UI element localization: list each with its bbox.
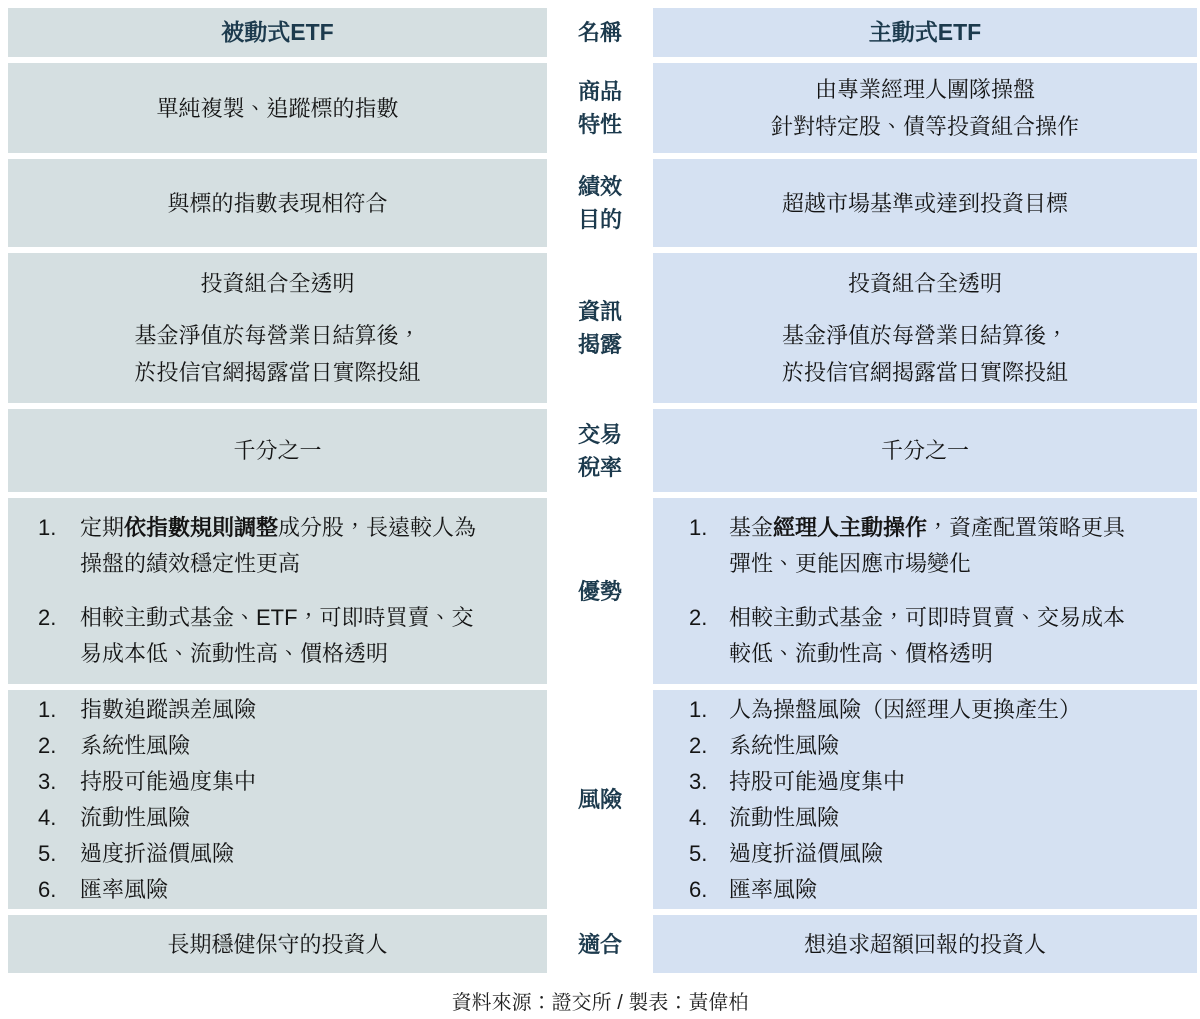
row-label-line: 風險	[578, 783, 622, 816]
cell-risks-passive: 1.指數追蹤誤差風險2.系統性風險3.持股可能過度集中4.流動性風險5.過度折溢…	[8, 690, 547, 909]
cell-text-line: 超越市場基準或達到投資目標	[653, 185, 1197, 222]
cell-suitable-passive: 長期穩健保守的投資人	[8, 915, 547, 973]
cell-product-active: 由專業經理人團隊操盤針對特定股、債等投資組合操作	[653, 63, 1197, 153]
list-item: 5.過度折溢價風險	[653, 836, 1197, 872]
row-label-line: 交易	[578, 418, 622, 451]
table-row-performance: 與標的指數表現相符合績效目的超越市場基準或達到投資目標	[8, 159, 1197, 247]
list-number: 6.	[38, 872, 80, 908]
list-item: 3.持股可能過度集中	[8, 764, 547, 800]
list-number: 5.	[38, 836, 80, 872]
text-segment: 基金淨值於每營業日結算後，	[134, 323, 420, 348]
table-row-advantages: 1.定期依指數規則調整成分股，長遠較人為操盤的績效穩定性更高2.相較主動式基金、…	[8, 498, 1197, 684]
list-item: 2.系統性風險	[8, 728, 547, 764]
list-number: 2.	[38, 728, 80, 764]
cell-text-line: 基金淨值於每營業日結算後，	[653, 317, 1197, 354]
cell-performance-passive: 與標的指數表現相符合	[8, 159, 547, 247]
text-segment: 與標的指數表現相符合	[167, 191, 387, 216]
row-label-line: 稅率	[578, 451, 622, 484]
list-item: 2.相較主動式基金，可即時買賣、交易成本較低、流動性高、價格透明	[653, 600, 1197, 672]
list-item: 1.定期依指數規則調整成分股，長遠較人為操盤的績效穩定性更高	[8, 510, 547, 582]
emphasized-text: 依指數規則調整	[124, 515, 278, 540]
row-label-line: 資訊	[578, 295, 622, 328]
table-row-product: 單純複製、追蹤標的指數商品特性由專業經理人團隊操盤針對特定股、債等投資組合操作	[8, 63, 1197, 153]
cell-name-passive: 被動式ETF	[8, 8, 547, 57]
list-number: 4.	[689, 800, 729, 836]
list-item: 1.人為操盤風險（因經理人更換產生）	[653, 692, 1197, 728]
list-item: 2.系統性風險	[653, 728, 1197, 764]
row-label-line: 目的	[578, 203, 622, 236]
cell-text-line: 千分之一	[8, 432, 547, 469]
text-segment: 千分之一	[881, 438, 969, 463]
text-segment: 投資組合全透明	[200, 271, 354, 296]
text-segment: 相較主動式基金、ETF，可即時買賣、交易成本低、流動性高、價格透明	[80, 605, 474, 666]
text-segment: 流動性風險	[80, 805, 190, 830]
text-segment: 指數追蹤誤差風險	[80, 697, 256, 722]
text-segment: 單純複製、追蹤標的指數	[156, 96, 398, 121]
list-text: 相較主動式基金，可即時買賣、交易成本較低、流動性高、價格透明	[729, 600, 1134, 672]
list-number: 4.	[38, 800, 80, 836]
list-number: 1.	[689, 692, 729, 728]
comparison-table: 被動式ETF名稱主動式ETF單純複製、追蹤標的指數商品特性由專業經理人團隊操盤針…	[0, 0, 1200, 973]
row-label-line: 商品	[578, 75, 622, 108]
text-segment: 由專業經理人團隊操盤	[815, 77, 1035, 102]
list-item: 1.基金經理人主動操作，資產配置策略更具彈性、更能因應市場變化	[653, 510, 1197, 582]
list-text: 過度折溢價風險	[80, 836, 485, 872]
list-item: 6.匯率風險	[653, 872, 1197, 908]
row-label-name: 名稱	[547, 8, 653, 57]
text-segment: 於投信官網揭露當日實際投組	[134, 360, 420, 385]
list-number: 2.	[689, 600, 729, 672]
text-segment: 相較主動式基金，可即時買賣、交易成本較低、流動性高、價格透明	[729, 605, 1125, 666]
text-segment: 匯率風險	[80, 877, 168, 902]
row-label-line: 名稱	[578, 16, 622, 49]
list-text: 流動性風險	[80, 800, 485, 836]
text-segment: 長期穩健保守的投資人	[167, 932, 387, 957]
list-text: 系統性風險	[729, 728, 1134, 764]
list-text: 人為操盤風險（因經理人更換產生）	[729, 692, 1134, 728]
table-row-disclosure: 投資組合全透明基金淨值於每營業日結算後，於投信官網揭露當日實際投組資訊揭露投資組…	[8, 253, 1197, 403]
text-segment: 過度折溢價風險	[80, 841, 234, 866]
row-label-line: 績效	[578, 170, 622, 203]
text-segment: 系統性風險	[729, 733, 839, 758]
paragraph-spacer	[653, 302, 1197, 317]
text-segment: 基金淨值於每營業日結算後，	[782, 323, 1068, 348]
cell-text-line: 於投信官網揭露當日實際投組	[653, 354, 1197, 391]
row-label-disclosure: 資訊揭露	[547, 253, 653, 403]
cell-text-line: 千分之一	[653, 432, 1197, 469]
cell-disclosure-active: 投資組合全透明基金淨值於每營業日結算後，於投信官網揭露當日實際投組	[653, 253, 1197, 403]
list-text: 流動性風險	[729, 800, 1134, 836]
list-text: 指數追蹤誤差風險	[80, 692, 485, 728]
text-segment: 持股可能過度集中	[729, 769, 905, 794]
list-number: 1.	[689, 510, 729, 582]
text-segment: 千分之一	[233, 438, 321, 463]
cell-disclosure-passive: 投資組合全透明基金淨值於每營業日結算後，於投信官網揭露當日實際投組	[8, 253, 547, 403]
cell-advantages-passive: 1.定期依指數規則調整成分股，長遠較人為操盤的績效穩定性更高2.相較主動式基金、…	[8, 498, 547, 684]
row-label-advantages: 優勢	[547, 498, 653, 684]
row-label-tax: 交易稅率	[547, 409, 653, 492]
row-label-risks: 風險	[547, 690, 653, 909]
cell-text-line: 投資組合全透明	[653, 265, 1197, 302]
text-segment: 匯率風險	[729, 877, 817, 902]
cell-product-passive: 單純複製、追蹤標的指數	[8, 63, 547, 153]
text-segment: 超越市場基準或達到投資目標	[782, 191, 1068, 216]
cell-tax-active: 千分之一	[653, 409, 1197, 492]
list-item: 3.持股可能過度集中	[653, 764, 1197, 800]
text-segment: 過度折溢價風險	[729, 841, 883, 866]
list-item: 1.指數追蹤誤差風險	[8, 692, 547, 728]
cell-text-line: 與標的指數表現相符合	[8, 185, 547, 222]
text-segment: 針對特定股、債等投資組合操作	[771, 114, 1079, 139]
paragraph-spacer	[8, 302, 547, 317]
text-segment: 定期	[80, 515, 124, 540]
list-text: 匯率風險	[80, 872, 485, 908]
cell-name-active: 主動式ETF	[653, 8, 1197, 57]
list-number: 2.	[689, 728, 729, 764]
table-row-name: 被動式ETF名稱主動式ETF	[8, 8, 1197, 57]
list-text: 系統性風險	[80, 728, 485, 764]
column-header-text: 被動式ETF	[8, 14, 547, 51]
cell-text-line: 長期穩健保守的投資人	[8, 926, 547, 963]
list-number: 2.	[38, 600, 80, 672]
cell-text-line: 於投信官網揭露當日實際投組	[8, 354, 547, 391]
cell-text-line: 想追求超額回報的投資人	[653, 926, 1197, 963]
list-number: 6.	[689, 872, 729, 908]
list-number: 5.	[689, 836, 729, 872]
cell-text-line: 針對特定股、債等投資組合操作	[653, 108, 1197, 145]
list-text: 過度折溢價風險	[729, 836, 1134, 872]
text-segment: 想追求超額回報的投資人	[804, 932, 1046, 957]
row-label-performance: 績效目的	[547, 159, 653, 247]
text-segment: 流動性風險	[729, 805, 839, 830]
list-number: 3.	[689, 764, 729, 800]
cell-text-line: 單純複製、追蹤標的指數	[8, 90, 547, 127]
text-segment: 系統性風險	[80, 733, 190, 758]
emphasized-text: 經理人主動操作	[773, 515, 927, 540]
list-text: 持股可能過度集中	[80, 764, 485, 800]
list-number: 1.	[38, 692, 80, 728]
list-number: 3.	[38, 764, 80, 800]
list-item: 4.流動性風險	[8, 800, 547, 836]
list-item: 5.過度折溢價風險	[8, 836, 547, 872]
list-item: 2.相較主動式基金、ETF，可即時買賣、交易成本低、流動性高、價格透明	[8, 600, 547, 672]
cell-text-line: 由專業經理人團隊操盤	[653, 71, 1197, 108]
table-row-suitable: 長期穩健保守的投資人適合想追求超額回報的投資人	[8, 915, 1197, 973]
cell-suitable-active: 想追求超額回報的投資人	[653, 915, 1197, 973]
column-header-text: 主動式ETF	[653, 14, 1197, 51]
list-text: 匯率風險	[729, 872, 1134, 908]
text-segment: 投資組合全透明	[848, 271, 1002, 296]
row-label-line: 優勢	[578, 575, 622, 608]
row-label-line: 特性	[578, 108, 622, 141]
source-credit: 資料來源：證交所 / 製表：黃偉柏	[0, 986, 1200, 1015]
text-segment: 持股可能過度集中	[80, 769, 256, 794]
row-label-line: 揭露	[578, 328, 622, 361]
row-label-line: 適合	[578, 928, 622, 961]
cell-text-line: 投資組合全透明	[8, 265, 547, 302]
list-text: 基金經理人主動操作，資產配置策略更具彈性、更能因應市場變化	[729, 510, 1134, 582]
text-segment: 主動式ETF	[869, 19, 981, 45]
row-label-suitable: 適合	[547, 915, 653, 973]
table-row-risks: 1.指數追蹤誤差風險2.系統性風險3.持股可能過度集中4.流動性風險5.過度折溢…	[8, 690, 1197, 909]
text-segment: 於投信官網揭露當日實際投組	[782, 360, 1068, 385]
list-number: 1.	[38, 510, 80, 582]
cell-performance-active: 超越市場基準或達到投資目標	[653, 159, 1197, 247]
text-segment: 人為操盤風險（因經理人更換產生）	[729, 697, 1081, 722]
list-item: 4.流動性風險	[653, 800, 1197, 836]
list-text: 定期依指數規則調整成分股，長遠較人為操盤的績效穩定性更高	[80, 510, 485, 582]
text-segment: 被動式ETF	[221, 19, 333, 45]
cell-text-line: 基金淨值於每營業日結算後，	[8, 317, 547, 354]
list-text: 相較主動式基金、ETF，可即時買賣、交易成本低、流動性高、價格透明	[80, 600, 485, 672]
cell-tax-passive: 千分之一	[8, 409, 547, 492]
row-label-product: 商品特性	[547, 63, 653, 153]
cell-advantages-active: 1.基金經理人主動操作，資產配置策略更具彈性、更能因應市場變化2.相較主動式基金…	[653, 498, 1197, 684]
list-text: 持股可能過度集中	[729, 764, 1134, 800]
cell-risks-active: 1.人為操盤風險（因經理人更換產生）2.系統性風險3.持股可能過度集中4.流動性…	[653, 690, 1197, 909]
text-segment: 基金	[729, 515, 773, 540]
table-row-tax: 千分之一交易稅率千分之一	[8, 409, 1197, 492]
list-item: 6.匯率風險	[8, 872, 547, 908]
